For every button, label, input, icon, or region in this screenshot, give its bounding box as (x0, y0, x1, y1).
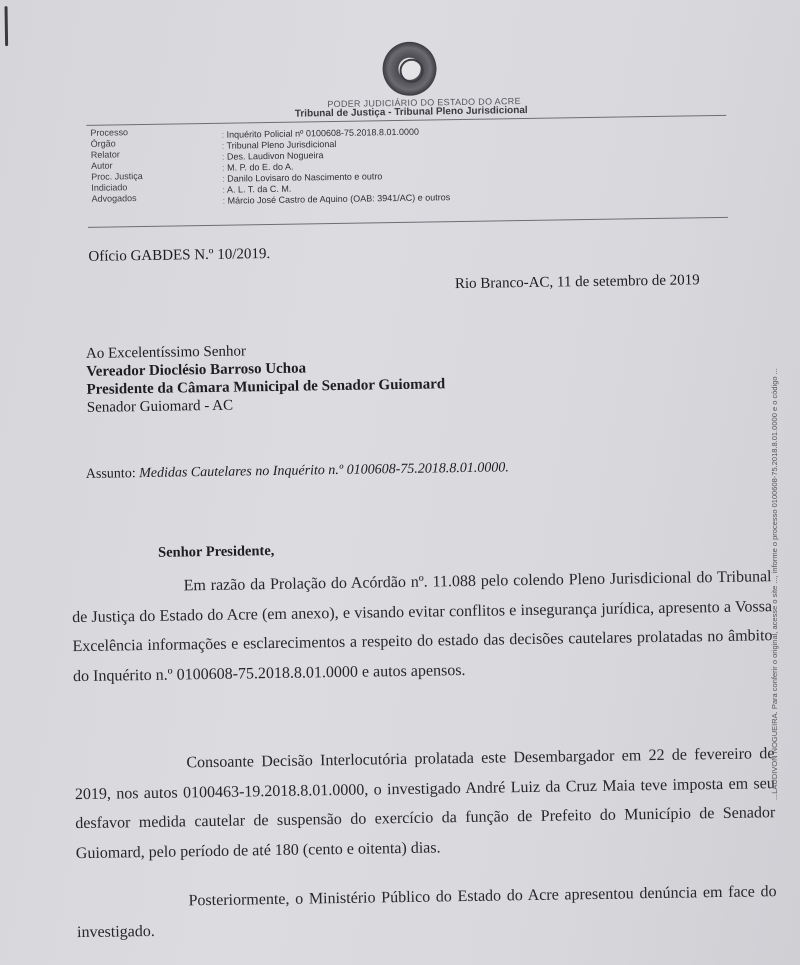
subject-line: Assunto: Medidas Cautelares no Inquérito… (86, 460, 509, 483)
subject-text: Medidas Cautelares no Inquérito n.º 0100… (139, 460, 509, 481)
paragraph: Em razão da Prolação do Acórdão nº. 11.0… (71, 562, 773, 691)
case-label: Advogados (91, 193, 143, 205)
addressee-block: Ao Excelentíssimo Senhor Vereador Dioclé… (86, 339, 446, 417)
subject-label: Assunto: (86, 466, 136, 482)
coat-of-arms-icon (382, 41, 437, 96)
case-label: Proc. Justiça (91, 171, 143, 183)
letter-reference: Ofício GABDES N.º 10/2019. (88, 246, 270, 266)
place-date: Rio Branco-AC, 11 de setembro de 2019 (455, 272, 700, 293)
corner-mark (5, 6, 9, 46)
document-page: PODER JUDICIÁRIO DO ESTADO DO ACRE Tribu… (0, 0, 800, 965)
case-label: Indiciado (91, 182, 143, 194)
case-value: Márcio José Castro de Aquino (OAB: 3941/… (223, 192, 451, 207)
case-info-values: Inquérito Policial nº 0100608-75.2018.8.… (221, 126, 450, 207)
verification-margin-note: ...LAUDIVON NOGUEIRA. Para conferir o or… (770, 40, 779, 800)
paragraph: Consoante Decisão Interlocutória prolata… (74, 739, 776, 868)
case-label: Processo (90, 127, 142, 139)
case-info-labels: Processo Órgão Relator Autor Proc. Justi… (90, 127, 143, 205)
case-label: Relator (91, 149, 143, 161)
paragraph: Posteriormente, o Ministério Público do … (76, 877, 777, 947)
case-label: Autor (91, 160, 143, 172)
case-label: Órgão (91, 138, 143, 150)
divider (88, 217, 728, 228)
salutation: Senhor Presidente, (158, 543, 275, 562)
